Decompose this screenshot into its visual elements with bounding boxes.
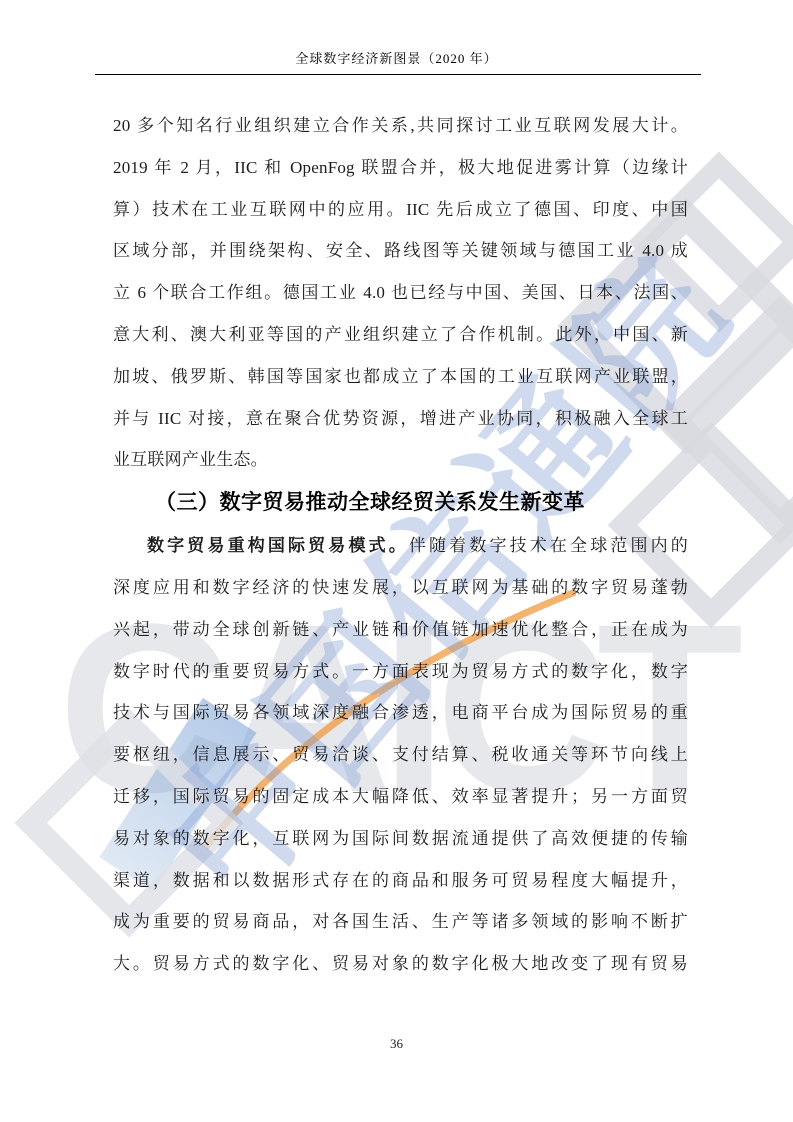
- page-header-title: 全球数字经济新图景（2020 年）: [0, 48, 793, 67]
- body-line: 迁移，国际贸易的固定成本大幅降低、效率显著提升；另一方面贸: [113, 776, 688, 818]
- body-line: 成为重要的贸易商品，对各国生活、生产等诸多领域的影响不断扩: [113, 901, 688, 943]
- body-line: 大。贸易方式的数字化、贸易对象的数字化极大地改变了现有贸易: [113, 943, 688, 985]
- body-line: 意大利、澳大利亚等国的产业组织建立了合作机制。此外，中国、新: [113, 314, 688, 356]
- paragraph-lead-rest: 伴随着数字技术在全球范围内的: [409, 536, 688, 555]
- header-rule: [95, 74, 701, 75]
- body-line: 兴起，带动全球创新链、产业链和价值链加速优化整合，正在成为: [113, 609, 688, 651]
- body-content: 20 多个知名行业组织建立合作关系,共同探讨工业互联网发展大计。 2019 年 …: [113, 105, 688, 985]
- body-line: 2019 年 2 月，IIC 和 OpenFog 联盟合并，极大地促进雾计算（边…: [113, 147, 688, 189]
- content-layer: 全球数字经济新图景（2020 年） 20 多个知名行业组织建立合作关系,共同探讨…: [0, 0, 793, 1122]
- page-number: 36: [0, 1036, 793, 1052]
- body-line: 要枢纽，信息展示、贸易洽谈、支付结算、税收通关等环节向线上: [113, 734, 688, 776]
- body-line: 区域分部，并围绕架构、安全、路线图等关键领域与德国工业 4.0 成: [113, 230, 688, 272]
- body-line: 并与 IIC 对接，意在聚合优势资源，增进产业协同，积极融入全球工: [113, 398, 688, 440]
- body-line: 业互联网产业生态。: [113, 439, 688, 481]
- body-line: 加坡、俄罗斯、韩国等国家也都成立了本国的工业互联网产业联盟，: [113, 356, 688, 398]
- paragraph-lead-bold: 数字贸易重构国际贸易模式。: [147, 536, 409, 555]
- body-line: 20 多个知名行业组织建立合作关系,共同探讨工业互联网发展大计。: [113, 105, 688, 147]
- body-line: 渠道，数据和以数据形式存在的商品和服务可贸易程度大幅提升，: [113, 860, 688, 902]
- body-line: 数字贸易重构国际贸易模式。伴随着数字技术在全球范围内的: [113, 525, 688, 567]
- body-line: 数字时代的重要贸易方式。一方面表现为贸易方式的数字化，数字: [113, 651, 688, 693]
- body-line: 技术与国际贸易各领域深度融合渗透，电商平台成为国际贸易的重: [113, 692, 688, 734]
- section-heading: （三）数字贸易推动全球经贸关系发生新变革: [113, 481, 688, 525]
- body-line: 易对象的数字化，互联网为国际间数据流通提供了高效便捷的传输: [113, 818, 688, 860]
- body-line: 算）技术在工业互联网中的应用。IIC 先后成立了德国、印度、中国: [113, 189, 688, 231]
- body-line: 立 6 个联合工作组。德国工业 4.0 也已经与中国、美国、日本、法国、: [113, 272, 688, 314]
- document-page: CAICT 中国信通院 全球数字经济新图景（2020 年） 20 多个知名行业组…: [0, 0, 793, 1122]
- body-line: 深度应用和数字经济的快速发展，以互联网为基础的数字贸易蓬勃: [113, 567, 688, 609]
